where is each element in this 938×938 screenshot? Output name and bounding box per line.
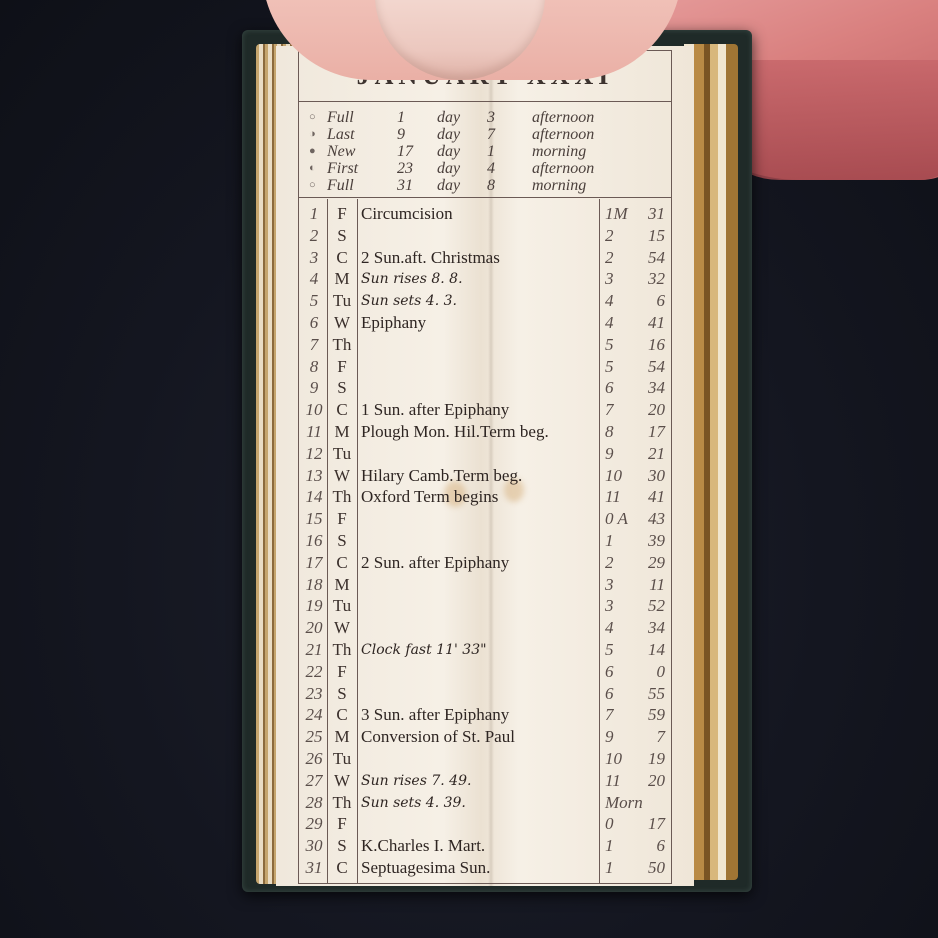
moon-rise-hour: 11 (599, 486, 635, 508)
moon-rise-hour: 2 (599, 552, 635, 574)
calendar-row: 4MSun rises 8. 8.332 (299, 268, 671, 290)
moon-rise-hour: 2 (599, 247, 635, 269)
moon-rise-minute: 55 (631, 683, 665, 705)
day-number: 15 (301, 508, 327, 530)
day-number: 31 (301, 857, 327, 879)
weekday: W (327, 770, 357, 792)
day-number: 19 (301, 595, 327, 617)
day-number: 13 (301, 465, 327, 487)
moon-rise-hour: 1M (599, 203, 635, 225)
moon-rise-minute: 39 (631, 530, 665, 552)
weekday: Th (327, 792, 357, 814)
event-text: K.Charles I. Mart. (361, 835, 601, 857)
moon-rise-minute: 21 (631, 443, 665, 465)
phase-hour: 4 (487, 160, 532, 177)
weekday: C (327, 857, 357, 879)
moon-rise-minute: 20 (631, 399, 665, 421)
moon-rise-hour: 3 (599, 595, 635, 617)
moon-rise-minute: 59 (631, 704, 665, 726)
phase-hour: 7 (487, 126, 532, 143)
phase-label: First (327, 160, 397, 177)
calendar-row: 25MConversion of St. Paul97 (299, 726, 671, 748)
day-number: 8 (301, 356, 327, 378)
first-quarter-icon: ◐ (309, 160, 327, 177)
weekday: C (327, 399, 357, 421)
weekday: Tu (327, 443, 357, 465)
day-label: day (437, 126, 487, 143)
phase-date: 1 (397, 109, 437, 126)
weekday: C (327, 704, 357, 726)
calendar-row: 5TuSun sets 4. 3.46 (299, 290, 671, 312)
weekday: F (327, 356, 357, 378)
moon-rise-minute: 32 (631, 268, 665, 290)
calendar-row: 10C1 Sun. after Epiphany720 (299, 399, 671, 421)
moon-rise-minute: 54 (631, 356, 665, 378)
day-number: 2 (301, 225, 327, 247)
weekday: F (327, 203, 357, 225)
day-number: 6 (301, 312, 327, 334)
moon-rise-minute: 54 (631, 247, 665, 269)
moon-rise-minute: 0 (631, 661, 665, 683)
moon-rise-minute: 6 (631, 290, 665, 312)
phase-label: Last (327, 126, 397, 143)
moon-rise-minute: 11 (631, 574, 665, 596)
day-number: 17 (301, 552, 327, 574)
moon-rise-hour: 1 (599, 530, 635, 552)
calendar-row: 24C3 Sun. after Epiphany759 (299, 704, 671, 726)
moon-rise-minute: 52 (631, 595, 665, 617)
calendar-row: 18M311 (299, 574, 671, 596)
calendar-row: 29F017 (299, 813, 671, 835)
moon-rise-hour: 5 (599, 334, 635, 356)
event-text: Sun sets 4. 3. (361, 290, 601, 312)
moon-rise-hour: 0 A (599, 508, 635, 530)
weekday: W (327, 312, 357, 334)
weekday: M (327, 574, 357, 596)
calendar-row: 21ThClock fast 11' 33"514 (299, 639, 671, 661)
day-label: day (437, 109, 487, 126)
moon-rise-minute: 29 (631, 552, 665, 574)
moon-rise-minute: 7 (631, 726, 665, 748)
moon-rise-hour: 7 (599, 399, 635, 421)
moon-rise-hour: 3 (599, 268, 635, 290)
weekday: C (327, 247, 357, 269)
calendar-row: 20W434 (299, 617, 671, 639)
moon-rise-minute: 50 (631, 857, 665, 879)
day-number: 29 (301, 813, 327, 835)
calendar-row: 28ThSun sets 4. 39.Morn (299, 792, 671, 814)
moon-rise-hour: 6 (599, 377, 635, 399)
moon-rise-minute: 15 (631, 225, 665, 247)
phase-period: afternoon (532, 109, 594, 126)
calendar-row: 23S655 (299, 683, 671, 705)
day-number: 25 (301, 726, 327, 748)
event-text: Septuagesima Sun. (361, 857, 601, 879)
event-text: Hilary Camb.Term beg. (361, 465, 601, 487)
moon-rise-hour: 5 (599, 639, 635, 661)
calendar-row: 7Th516 (299, 334, 671, 356)
event-text: Plough Mon. Hil.Term beg. (361, 421, 601, 443)
calendar-row: 14ThOxford Term begins1141 (299, 486, 671, 508)
moon-rise-hour: 2 (599, 225, 635, 247)
phase-period: morning (532, 143, 586, 160)
event-text: 2 Sun.aft. Christmas (361, 247, 601, 269)
phase-period: morning (532, 177, 586, 194)
phase-date: 31 (397, 177, 437, 194)
day-number: 27 (301, 770, 327, 792)
weekday: Th (327, 334, 357, 356)
moon-rise-hour: 1 (599, 857, 635, 879)
phase-date: 23 (397, 160, 437, 177)
phase-hour: 8 (487, 177, 532, 194)
calendar-row: 1FCircumcision1M31 (299, 203, 671, 225)
phase-label: New (327, 143, 397, 160)
last-quarter-icon: ◑ (309, 126, 327, 143)
moon-rise-hour: 10 (599, 465, 635, 487)
day-number: 3 (301, 247, 327, 269)
event-text: 3 Sun. after Epiphany (361, 704, 601, 726)
weekday: C (327, 552, 357, 574)
moon-rise-minute: 16 (631, 334, 665, 356)
moon-rise-hour: 5 (599, 356, 635, 378)
day-label: day (437, 160, 487, 177)
calendar-row: 9S634 (299, 377, 671, 399)
day-number: 4 (301, 268, 327, 290)
event-text: Sun rises 8. 8. (361, 268, 601, 290)
calendar-row: 2S215 (299, 225, 671, 247)
divider (299, 101, 671, 102)
moon-rise-hour: 11 (599, 770, 635, 792)
weekday: W (327, 465, 357, 487)
calendar-row: 17C2 Sun. after Epiphany229 (299, 552, 671, 574)
moon-rise-hour: 7 (599, 704, 635, 726)
moon-phases-table: ○Full1day3afternoon◑Last9day7afternoon●N… (309, 109, 669, 194)
phase-period: afternoon (532, 126, 594, 143)
moon-rise-hour: 4 (599, 312, 635, 334)
moon-rise-minute: 17 (631, 813, 665, 835)
moon-rise-minute: 43 (631, 508, 665, 530)
calendar-row: 6WEpiphany441 (299, 312, 671, 334)
moon-phase-row: ◐First23day4afternoon (309, 160, 669, 177)
moon-rise-minute: 34 (631, 377, 665, 399)
divider (299, 197, 671, 198)
calendar-row: 8F554 (299, 356, 671, 378)
moon-rise-hour: 9 (599, 443, 635, 465)
calendar-row: 26Tu1019 (299, 748, 671, 770)
event-text: Oxford Term begins (361, 486, 601, 508)
moon-rise-hour: 1 (599, 835, 635, 857)
weekday: F (327, 661, 357, 683)
weekday: Tu (327, 595, 357, 617)
weekday: S (327, 835, 357, 857)
day-number: 21 (301, 639, 327, 661)
day-number: 11 (301, 421, 327, 443)
day-number: 26 (301, 748, 327, 770)
day-number: 9 (301, 377, 327, 399)
moon-rise-minute: 30 (631, 465, 665, 487)
moon-phase-row: ◑Last9day7afternoon (309, 126, 669, 143)
calendar-row: 12Tu921 (299, 443, 671, 465)
weekday: M (327, 726, 357, 748)
event-text: 2 Sun. after Epiphany (361, 552, 601, 574)
moon-phase-row: ●New17day1morning (309, 143, 669, 160)
moon-rise-hour: 6 (599, 661, 635, 683)
weekday: M (327, 421, 357, 443)
day-number: 1 (301, 203, 327, 225)
phase-label: Full (327, 109, 397, 126)
day-number: 16 (301, 530, 327, 552)
moon-rise-minute: 17 (631, 421, 665, 443)
weekday: F (327, 508, 357, 530)
page-frame: JANUARY XXXI ○Full1day3afternoon◑Last9da… (298, 50, 672, 884)
moon-rise-hour: 9 (599, 726, 635, 748)
day-label: day (437, 143, 487, 160)
moon-rise-minute: 14 (631, 639, 665, 661)
moon-rise-minute: 6 (631, 835, 665, 857)
event-text: Clock fast 11' 33" (361, 639, 601, 661)
weekday: Tu (327, 748, 357, 770)
day-number: 28 (301, 792, 327, 814)
full-moon-icon: ○ (309, 177, 327, 194)
day-number: 24 (301, 704, 327, 726)
weekday: Th (327, 639, 357, 661)
moon-rise-minute: 19 (631, 748, 665, 770)
moon-rise-hour: 4 (599, 290, 635, 312)
almanac-page: JANUARY XXXI ○Full1day3afternoon◑Last9da… (276, 46, 694, 886)
moon-rise-hour: 3 (599, 574, 635, 596)
calendar-table: 1FCircumcision1M312S2153C2 Sun.aft. Chri… (299, 199, 671, 883)
day-number: 12 (301, 443, 327, 465)
phase-period: afternoon (532, 160, 594, 177)
event-text: Sun sets 4. 39. (361, 792, 601, 814)
weekday: S (327, 683, 357, 705)
day-label: day (437, 177, 487, 194)
phase-hour: 3 (487, 109, 532, 126)
weekday: Tu (327, 290, 357, 312)
calendar-row: 16S139 (299, 530, 671, 552)
weekday: M (327, 268, 357, 290)
weekday: S (327, 377, 357, 399)
day-number: 18 (301, 574, 327, 596)
moon-rise-hour: Morn (599, 792, 635, 814)
day-number: 23 (301, 683, 327, 705)
moon-rise-hour: 6 (599, 683, 635, 705)
calendar-row: 13WHilary Camb.Term beg.1030 (299, 465, 671, 487)
day-number: 10 (301, 399, 327, 421)
calendar-row: 31CSeptuagesima Sun.150 (299, 857, 671, 879)
weekday: W (327, 617, 357, 639)
event-text: Epiphany (361, 312, 601, 334)
phase-date: 9 (397, 126, 437, 143)
event-text: Circumcision (361, 203, 601, 225)
moon-rise-minute: 34 (631, 617, 665, 639)
weekday: S (327, 225, 357, 247)
phase-date: 17 (397, 143, 437, 160)
moon-phase-row: ○Full1day3afternoon (309, 109, 669, 126)
moon-rise-minute: 31 (631, 203, 665, 225)
moon-rise-minute: 41 (631, 486, 665, 508)
day-number: 20 (301, 617, 327, 639)
moon-rise-hour: 0 (599, 813, 635, 835)
moon-rise-hour: 10 (599, 748, 635, 770)
calendar-row: 22F60 (299, 661, 671, 683)
event-text: Conversion of St. Paul (361, 726, 601, 748)
calendar-row: 15F0 A43 (299, 508, 671, 530)
moon-phase-row: ○Full31day8morning (309, 177, 669, 194)
day-number: 7 (301, 334, 327, 356)
calendar-row: 27WSun rises 7. 49.1120 (299, 770, 671, 792)
moon-rise-hour: 8 (599, 421, 635, 443)
event-text: 1 Sun. after Epiphany (361, 399, 601, 421)
calendar-row: 30SK.Charles I. Mart.16 (299, 835, 671, 857)
full-moon-icon: ○ (309, 109, 327, 126)
day-number: 22 (301, 661, 327, 683)
weekday: F (327, 813, 357, 835)
calendar-row: 3C2 Sun.aft. Christmas254 (299, 247, 671, 269)
weekday: S (327, 530, 357, 552)
weekday: Th (327, 486, 357, 508)
new-moon-icon: ● (309, 143, 327, 160)
phase-label: Full (327, 177, 397, 194)
moon-rise-minute: 41 (631, 312, 665, 334)
event-text: Sun rises 7. 49. (361, 770, 601, 792)
phase-hour: 1 (487, 143, 532, 160)
day-number: 14 (301, 486, 327, 508)
calendar-row: 11MPlough Mon. Hil.Term beg.817 (299, 421, 671, 443)
calendar-row: 19Tu352 (299, 595, 671, 617)
day-number: 30 (301, 835, 327, 857)
day-number: 5 (301, 290, 327, 312)
moon-rise-hour: 4 (599, 617, 635, 639)
moon-rise-minute: 20 (631, 770, 665, 792)
